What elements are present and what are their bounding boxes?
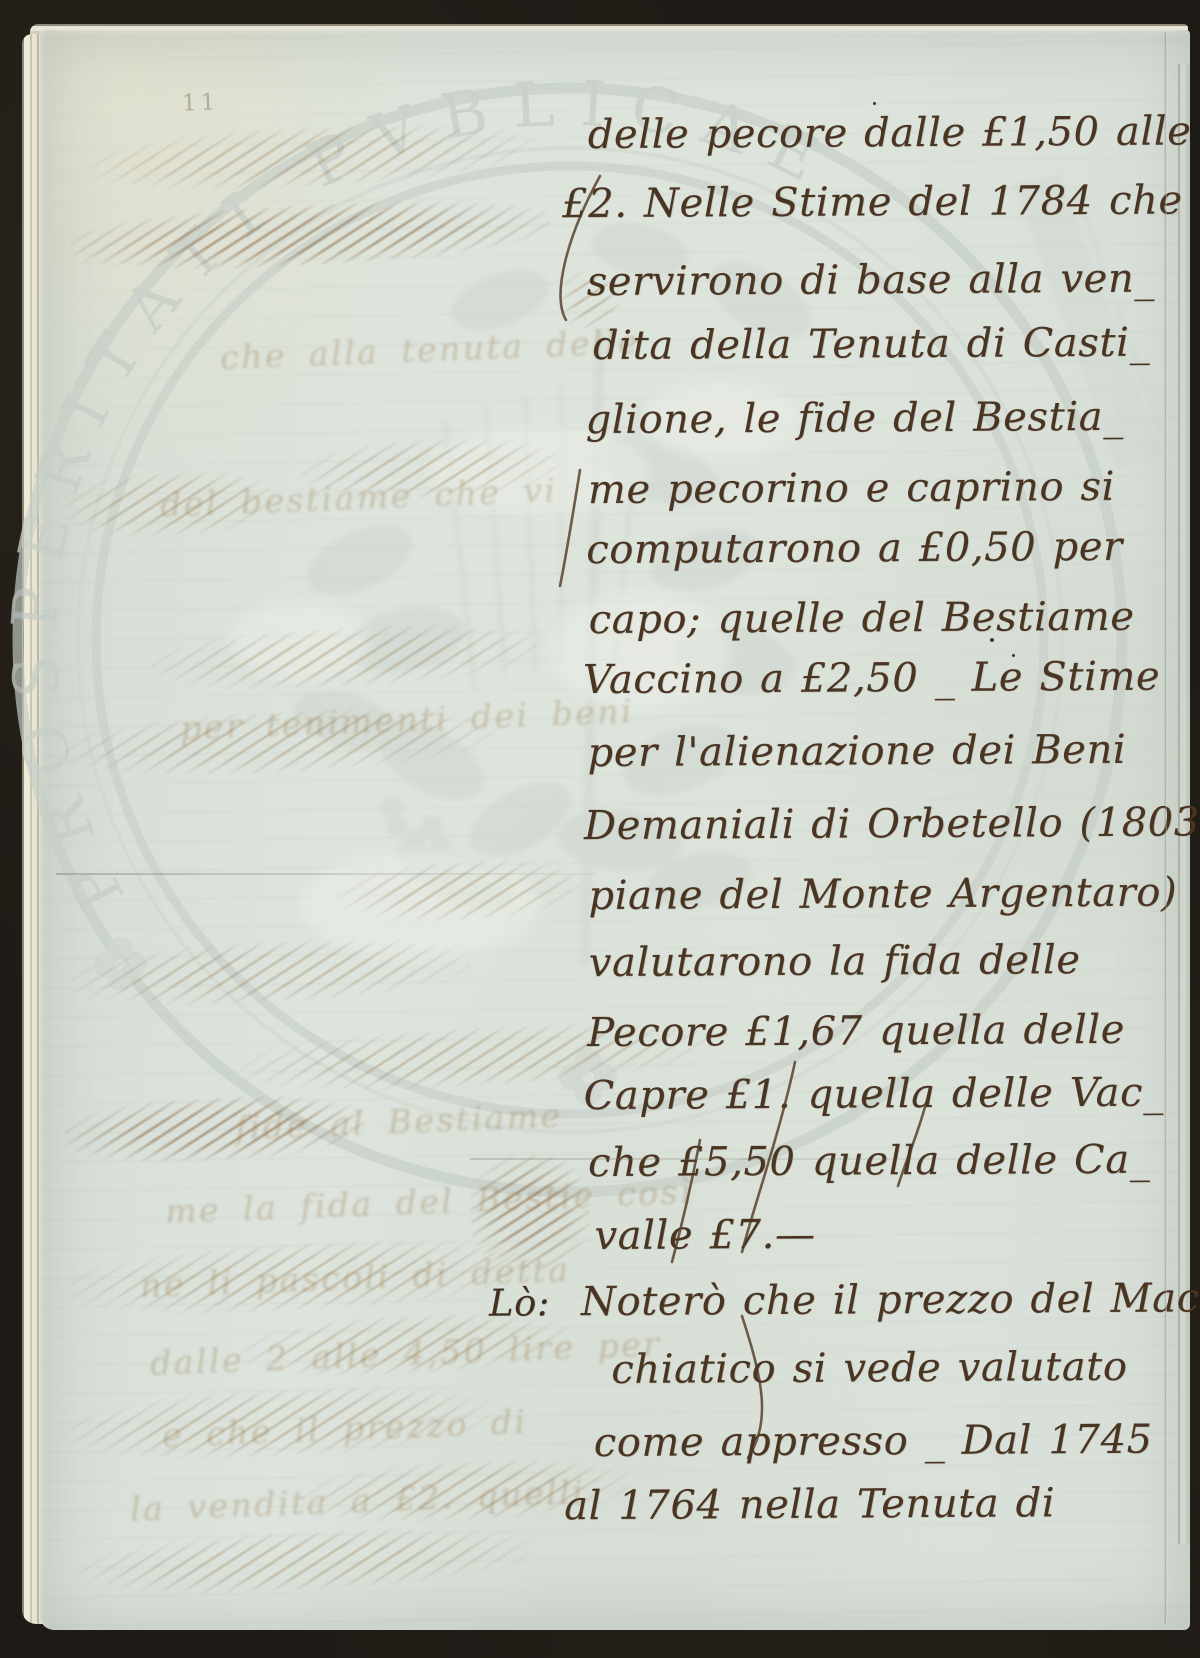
ink-speck	[990, 638, 994, 642]
manuscript-line: valle £7.—	[594, 1212, 815, 1259]
ink-speck	[1012, 654, 1015, 657]
manuscript-line: delle pecore dalle £1,50 alle	[588, 108, 1192, 158]
manuscript-line: glione, le fide del Bestia_	[585, 394, 1123, 443]
manuscript-line: computarono a £0,50 per	[586, 524, 1123, 573]
manuscript-line: come appresso _ Dal 1745	[594, 1417, 1153, 1466]
ink-speck	[873, 102, 876, 105]
manuscript-line: al 1764 nella Tenuta di	[564, 1480, 1055, 1529]
manuscript-line: piane del Monte Argentaro)	[588, 869, 1177, 919]
manuscript-line: me pecorino e caprino si	[588, 464, 1115, 513]
page-fold-crease	[1164, 32, 1167, 1624]
manuscript-line: Lò:	[489, 1281, 550, 1324]
manuscript-line: per l'alienazione dei Beni	[587, 727, 1126, 776]
manuscript-line: £2. Nelle Stime del 1784 che	[562, 177, 1183, 227]
manuscript-line: servirono di base alla ven_	[587, 256, 1155, 305]
manuscript-line: dita della Tenuta di Casti_	[593, 320, 1150, 369]
scanned-manuscript-photo: PROSPERITATI PVBLICAE	[0, 0, 1200, 1658]
manuscript-line: chiatico si vede valutato	[611, 1344, 1128, 1393]
manuscript-line: Noterò che il prezzo del Mac_	[581, 1275, 1200, 1325]
manuscript-line: valutarono la fida delle	[589, 937, 1081, 986]
horizontal-crease	[56, 873, 596, 875]
manuscript-line: Pecore £1,67 quella delle	[587, 1007, 1125, 1056]
manuscript-line: Demaniali di Orbetello (1803	[584, 799, 1200, 849]
manuscript-text-layer: delle pecore dalle £1,50 alle£2. Nelle S…	[0, 0, 1200, 1658]
manuscript-line: Capre £1. quella delle Vac_	[583, 1070, 1163, 1120]
manuscript-line: capo; quelle del Bestiame	[589, 594, 1135, 643]
manuscript-line: che £5,50 quella delle Ca_	[588, 1137, 1151, 1186]
manuscript-line: Vaccino a £2,50 _ Le Stime	[583, 654, 1160, 704]
horizontal-crease	[470, 1158, 1090, 1160]
